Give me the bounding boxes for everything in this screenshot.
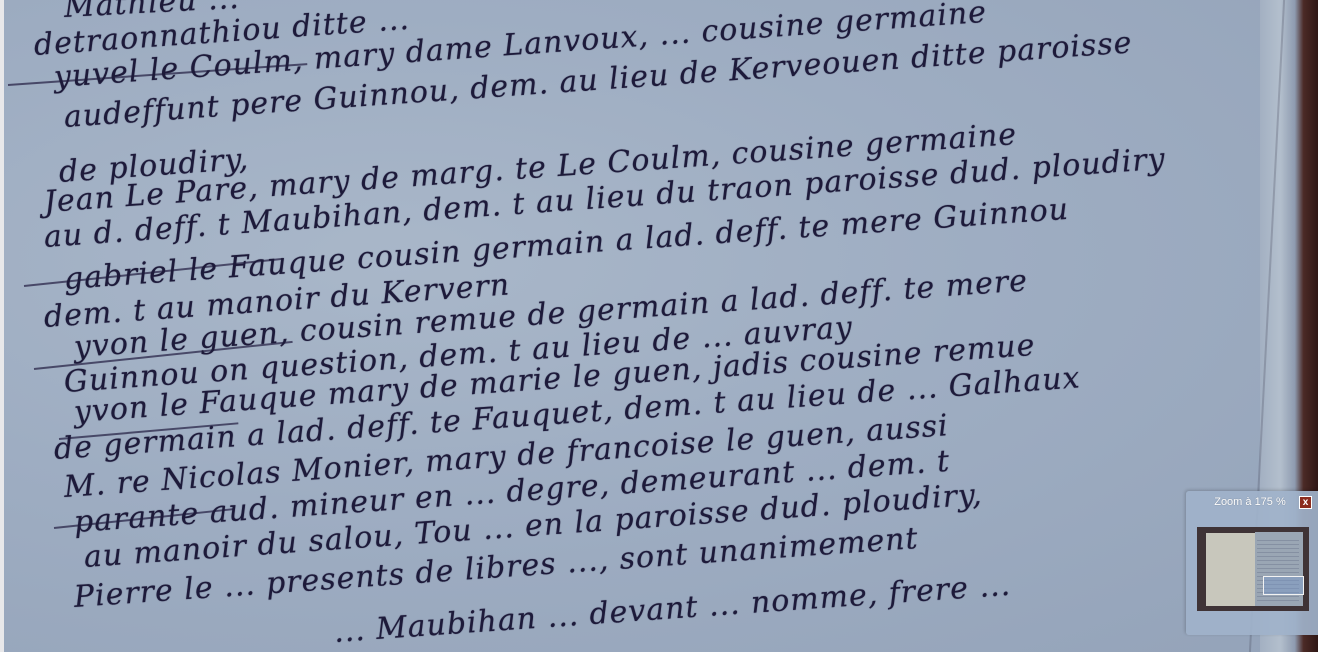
zoom-level-label: Zoom à 175 % xyxy=(1186,496,1314,508)
manuscript-page: Mathieu ... detraonnathiou ditte ... yuv… xyxy=(4,0,1264,652)
navigator-thumbnail[interactable] xyxy=(1197,527,1309,611)
viewport-indicator[interactable] xyxy=(1263,576,1304,595)
zoom-navigator-panel[interactable]: Zoom à 175 % x xyxy=(1186,491,1318,635)
close-icon[interactable]: x xyxy=(1299,496,1312,509)
document-viewer[interactable]: Mathieu ... detraonnathiou ditte ... yuv… xyxy=(4,0,1318,652)
thumbnail-left-page xyxy=(1206,533,1255,606)
